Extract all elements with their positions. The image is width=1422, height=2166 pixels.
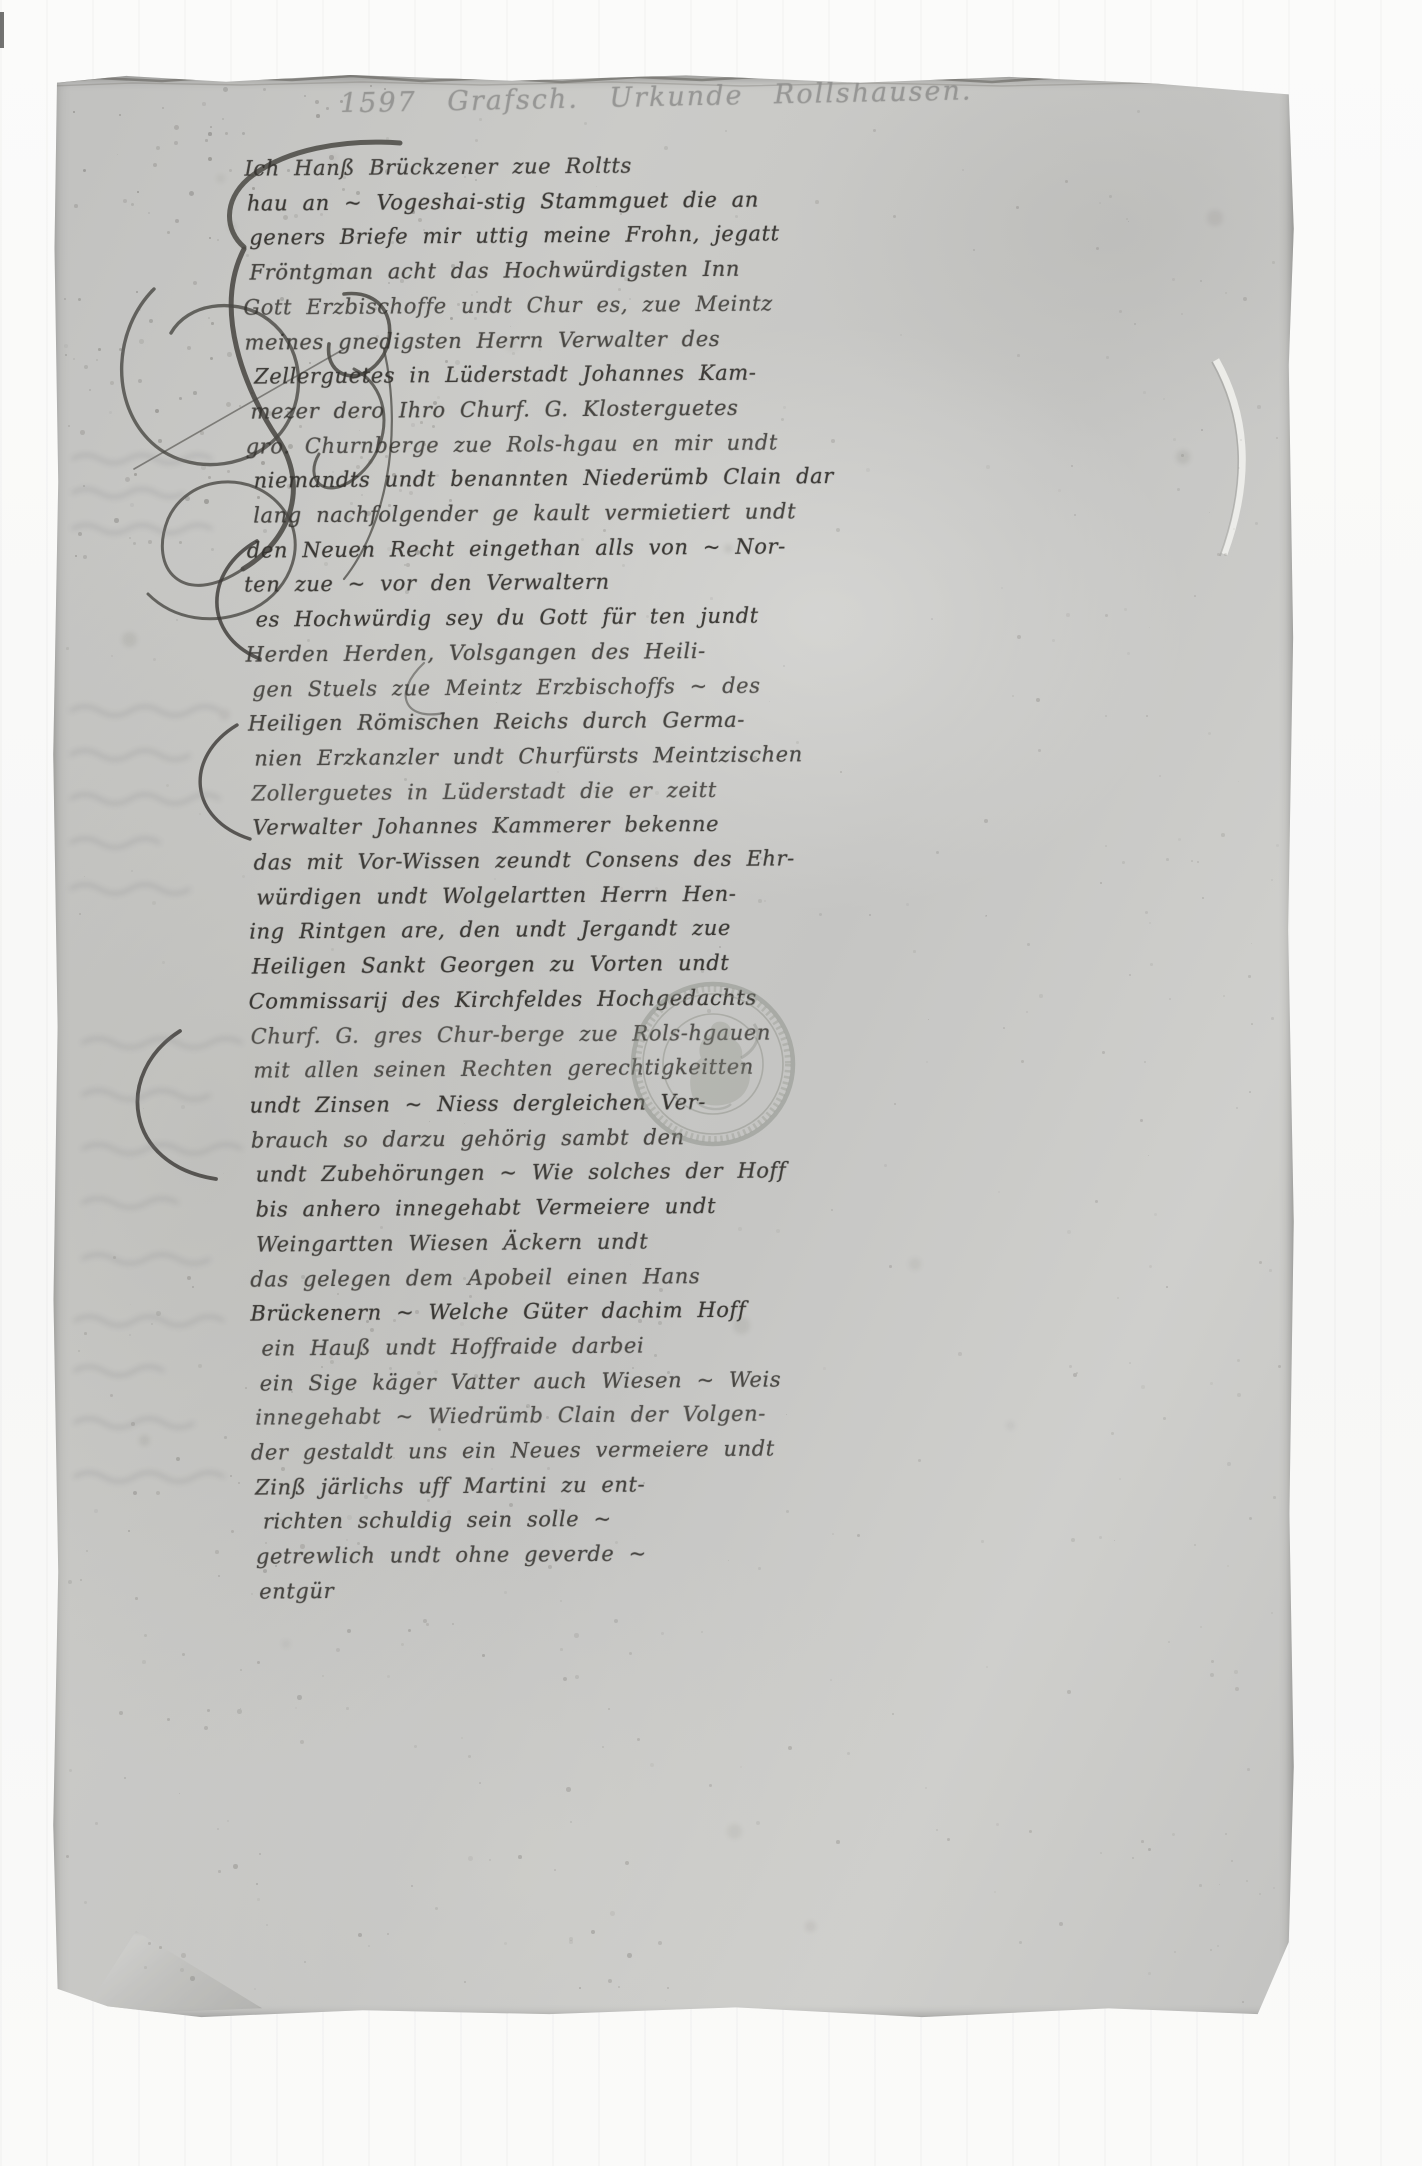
show-through-squiggle: [66, 1301, 251, 1526]
manuscript-line: das mit Vor-Wissen zeundt Consens des Eh…: [254, 840, 922, 880]
manuscript-line: richten schuldig sein solle ~: [263, 1500, 927, 1540]
manuscript-line: Zollerguetes in Lüderstadt die er zeitt: [251, 771, 921, 811]
manuscript-line: mezer dero Ihro Churf. G. Klosterguetes: [250, 389, 918, 429]
manuscript-line: der gestaldt uns ein Neues vermeiere und…: [251, 1430, 927, 1470]
manuscript-line: ein Sige käger Vatter auch Wiesen ~ Weis: [260, 1361, 926, 1401]
manuscript-line: undt Zubehörungen ~ Wie solches der Hoff: [256, 1153, 925, 1193]
manuscript-line: gen Stuels zue Meintz Erzbischoffs ~ des: [252, 667, 920, 707]
manuscript-line: Verwalter Johannes Kammerer bekenne: [252, 806, 921, 846]
manuscript-line: Fröntgman acht das Hochwürdigsten Inn: [249, 250, 917, 290]
manuscript-line: bis anhero innegehabt Vermeiere undt: [255, 1187, 924, 1227]
manuscript-line: brauch so darzu gehörig sambt den: [251, 1118, 924, 1158]
manuscript-line: das gelegen dem Apobeil einen Hans: [250, 1257, 925, 1297]
manuscript-line: Heiligen Römischen Reichs durch Germa-: [248, 702, 921, 742]
manuscript-line: innegehabt ~ Wiedrümb Clain der Volgen-: [255, 1396, 926, 1436]
manuscript-line: Zellerguetes in Lüderstadt Johannes Kam-: [254, 355, 918, 395]
manuscript-line: Heiligen Sankt Georgen zu Vorten undt: [252, 945, 923, 985]
manuscript-page: 1597 Grafsch. Urkunde Rollshausen. Ich H…: [52, 73, 1295, 2020]
manuscript-line: getrewlich undt ohne geverde ~: [256, 1534, 928, 1574]
manuscript-line: es Hochwürdig sey du Gott für ten jundt: [255, 598, 920, 638]
manuscript-line: gro. Churnberge zue Rols-hgau en mir und…: [246, 424, 919, 464]
manuscript-line: Ich Hanß Brückzener zue Roltts: [244, 146, 916, 186]
manuscript-line: ing Rintgen are, den undt Jergandt zue: [249, 910, 922, 950]
manuscript-line: geners Briefe mir uttig meine Frohn, jeg…: [249, 216, 917, 256]
manuscript-line: ein Hauß undt Hoffraide darbei: [261, 1326, 926, 1366]
manuscript-line: hau an ~ Vogeshai-stig Stammguet die an: [247, 181, 917, 221]
manuscript-line: niemandts undt benannten Niederümb Clain…: [254, 459, 919, 499]
manuscript-line: meines gnedigsten Herrn Verwalter des: [244, 320, 918, 360]
manuscript-text-block: Ich Hanß Brückzener zue Rolttshau an ~ V…: [244, 146, 927, 1609]
manuscript-line: Commissarij des Kirchfeldes Hochgedachts: [249, 979, 924, 1019]
manuscript-line: ten zue ~ vor den Verwaltern: [244, 563, 920, 603]
manuscript-line: Gott Erzbischoffe undt Chur es, zue Mein…: [243, 285, 917, 325]
folded-corner: [82, 1931, 262, 2015]
manuscript-line: würdigen undt Wolgelartten Herrn Hen-: [256, 875, 922, 915]
manuscript-line: Zinß järlichs uff Martini zu ent-: [255, 1465, 927, 1505]
manuscript-line: entgür: [259, 1569, 928, 1609]
right-edge-crease: [1182, 348, 1272, 588]
manuscript-line: nien Erzkanzler undt Churfürsts Meintzis…: [254, 736, 921, 776]
manuscript-line: den Neuen Recht eingethan alls von ~ Nor…: [247, 528, 920, 568]
manuscript-line: Weingartten Wiesen Äckern undt: [256, 1222, 925, 1262]
manuscript-line: Brückenern ~ Welche Güter dachim Hoff: [250, 1292, 925, 1332]
show-through-squiggle: [62, 691, 257, 926]
show-through-squiggle: [74, 1021, 279, 1311]
manuscript-line: Churf. G. gres Chur-berge zue Rols-hgaue…: [251, 1014, 924, 1054]
scanned-document: { "page": { "kind": "Handwritten German …: [0, 0, 1422, 2166]
manuscript-line: Herden Herden, Volsgangen des Heili-: [246, 632, 921, 672]
manuscript-line: undt Zinsen ~ Niess dergleichen Ver-: [249, 1083, 923, 1123]
manuscript-line: mit allen seinen Rechten gerechtigkeitte…: [253, 1049, 923, 1089]
scan-edge-artifact: [0, 12, 4, 48]
manuscript-line: lang nachfolgender ge kault vermietiert …: [253, 493, 919, 533]
